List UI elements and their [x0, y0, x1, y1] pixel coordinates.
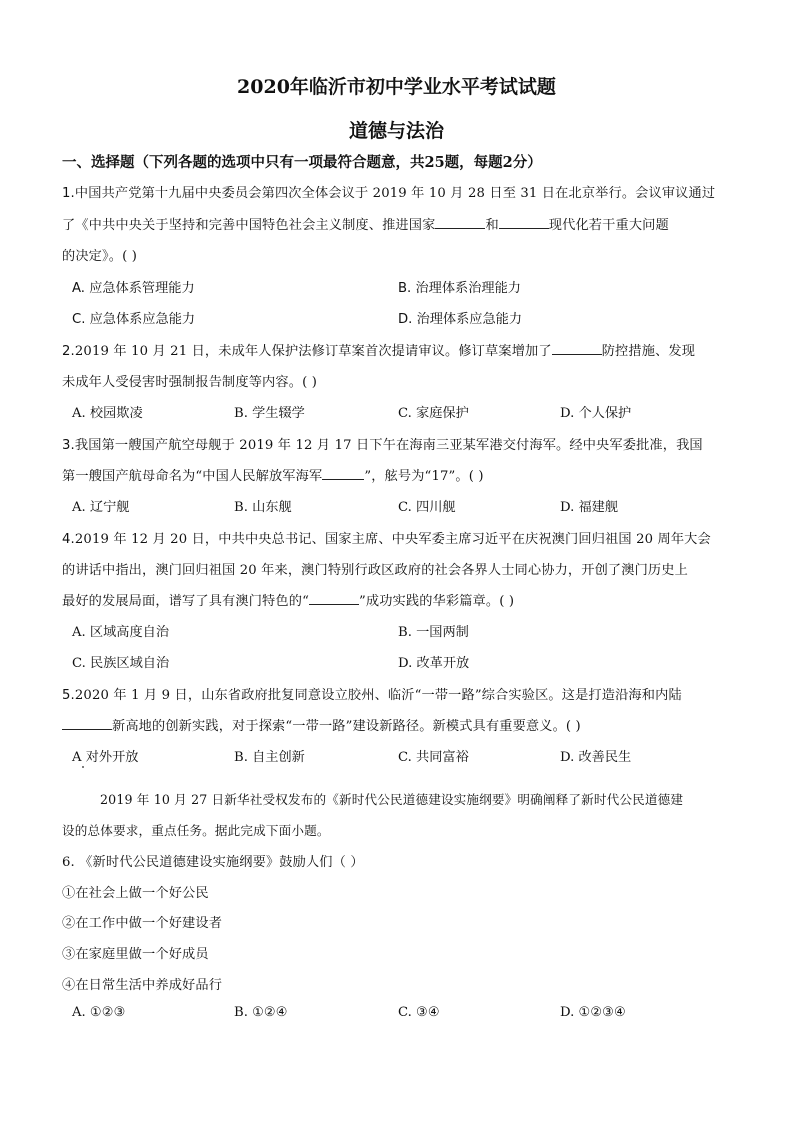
- statement-3: ③在家庭里做一个好成员: [62, 943, 209, 962]
- option-c[interactable]: C. ③④: [398, 1005, 440, 1020]
- option-c[interactable]: C. 四川舰: [398, 496, 456, 515]
- answer-blank: [309, 592, 359, 605]
- answer-blank: [322, 467, 364, 480]
- exam-title: 2020年临沂市初中学业水平考试试题: [0, 72, 793, 99]
- option-d[interactable]: D. ①②③④: [560, 1005, 626, 1020]
- answer-blank: [62, 717, 112, 730]
- answer-blank: [499, 216, 549, 229]
- passage-line-2: 设的总体要求，重点任务。据此完成下面小题。: [62, 820, 330, 839]
- statement-1: ①在社会上做一个好公民: [62, 882, 209, 901]
- exam-subject: 道德与法治: [0, 116, 793, 143]
- option-c[interactable]: C. 共同富裕: [398, 746, 469, 765]
- option-d[interactable]: D. 改善民生: [560, 746, 631, 765]
- option-c[interactable]: C. 应急体系应急能力: [72, 308, 195, 327]
- question-5-line-1: 5.2020 年 1 月 9 日，山东省政府批复同意设立胶州、临沂“一带一路”综…: [62, 684, 682, 703]
- question-1-line-2: 了《中共中央关于坚持和完善中国特色社会主义制度、推进国家和现代化若干重大问题: [62, 214, 669, 233]
- question-2-line-2: 未成年人受侵害时强制报告制度等内容。( ): [62, 371, 317, 390]
- passage-line-1: 2019 年 10 月 27 日新华社受权发布的《新时代公民道德建设实施纲要》明…: [100, 789, 683, 808]
- question-number: 1.: [62, 186, 75, 201]
- option-b[interactable]: B. ①②④: [234, 1005, 288, 1020]
- question-2-line-1: 2.2019 年 10 月 21 日，未成年人保护法修订草案首次提请审议。修订草…: [62, 340, 695, 359]
- answer-blank: [435, 216, 485, 229]
- question-6-stem: 6. 《新时代公民道德建设实施纲要》鼓励人们（ ）: [62, 851, 364, 870]
- option-b[interactable]: B. 自主创新: [234, 746, 305, 765]
- question-4-line-2: 的讲话中指出，澳门回归祖国 20 年来，澳门特别行政区政府的社会各界人士同心协力…: [62, 559, 688, 578]
- statement-4: ④在日常生活中养成好品行: [62, 974, 222, 993]
- option-c[interactable]: C. 家庭保护: [398, 402, 469, 421]
- question-5-line-2: 新高地的创新实践，对于探索“一带一路”建设新路径。新模式具有重要意义。( ): [62, 715, 581, 734]
- stray-dot: [82, 766, 84, 768]
- option-b[interactable]: B. 山东舰: [234, 496, 292, 515]
- option-a[interactable]: A. 校园欺凌: [72, 402, 143, 421]
- option-a[interactable]: A. ①②③: [72, 1005, 125, 1020]
- section-heading: 一、选择题（下列各题的选项中只有一项最符合题意，共25题，每题2分）: [62, 151, 542, 172]
- option-a[interactable]: A. 区域高度自治: [72, 621, 169, 640]
- option-b[interactable]: B. 治理体系治理能力: [398, 277, 521, 296]
- option-b[interactable]: B. 学生辍学: [234, 402, 305, 421]
- question-1-line-1: 1.中国共产党第十九届中央委员会第四次全体会议于 2019 年 10 月 28 …: [62, 182, 715, 201]
- option-b[interactable]: B. 一国两制: [398, 621, 469, 640]
- option-d[interactable]: D. 个人保护: [560, 402, 631, 421]
- option-a[interactable]: A. 应急体系管理能力: [72, 277, 195, 296]
- option-a[interactable]: A 对外开放: [72, 746, 138, 765]
- answer-blank: [552, 342, 602, 355]
- statement-2: ②在工作中做一个好建设者: [62, 912, 222, 931]
- option-d[interactable]: D. 治理体系应急能力: [398, 308, 522, 327]
- option-c[interactable]: C. 民族区域自治: [72, 652, 169, 671]
- option-a[interactable]: A. 辽宁舰: [72, 496, 129, 515]
- option-d[interactable]: D. 改革开放: [398, 652, 469, 671]
- option-d[interactable]: D. 福建舰: [560, 496, 618, 515]
- question-4-line-1: 4.2019 年 12 月 20 日，中共中央总书记、国家主席、中央军委主席习近…: [62, 528, 711, 547]
- question-3-line-2: 第一艘国产航母命名为“中国人民解放军海军”，舷号为“17”。( ): [62, 465, 484, 484]
- question-3-line-1: 3.我国第一艘国产航空母舰于 2019 年 12 月 17 日下午在海南三亚某军…: [62, 434, 703, 453]
- question-1-line-3: 的决定》。( ): [62, 245, 137, 264]
- question-4-line-3: 最好的发展局面，谱写了具有澳门特色的“”成功实践的华彩篇章。( ): [62, 590, 514, 609]
